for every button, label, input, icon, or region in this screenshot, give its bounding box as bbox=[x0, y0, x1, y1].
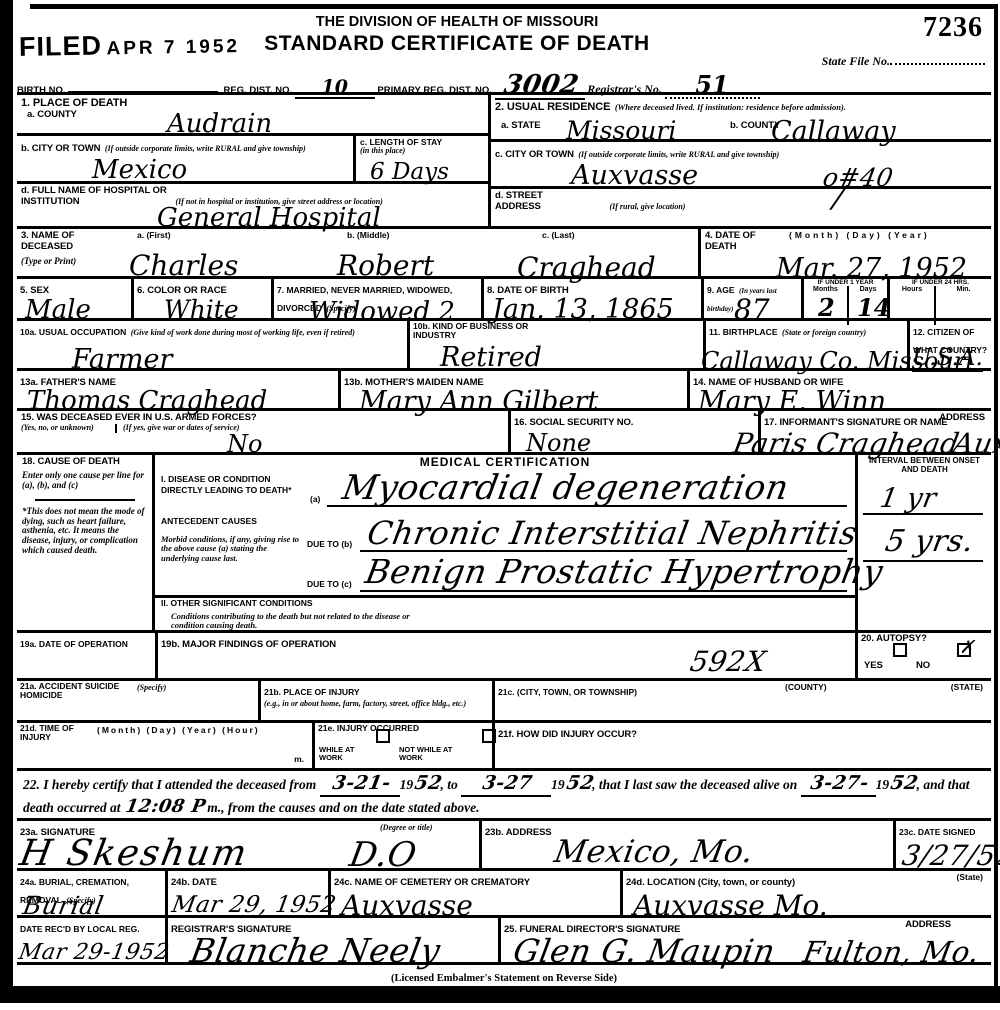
death-certificate: FILED APR 7 1952 THE DIVISION OF HEALTH … bbox=[17, 12, 991, 984]
cert-part3: , that I last saw the deceased alive on bbox=[592, 777, 797, 792]
row-service-informant: 15. WAS DECEASED EVER IN U.S. ARMED FORC… bbox=[17, 408, 991, 452]
time-of-injury-box: 21d. TIME OF INJURY (Month) (Day) (Year)… bbox=[17, 723, 312, 768]
injury-occurred-label: 21e. INJURY OCCURRED bbox=[318, 724, 489, 733]
age-under1yr-group: IF UNDER 1 YEAR Months 2 Days 14 bbox=[801, 279, 887, 318]
accident-box: 21a. ACCIDENT SUICIDE HOMICIDE (Specify) bbox=[17, 681, 258, 720]
registrar-signature-value: Blanche Neely bbox=[188, 934, 443, 967]
row-place-residence: 1. PLACE OF DEATH a. COUNTY Audrain b. C… bbox=[17, 92, 991, 226]
scan-edge-bottom bbox=[0, 986, 1000, 1003]
residence-state-label: a. STATE bbox=[501, 120, 541, 131]
citizen-box: 12. CITIZEN OF WHAT COUNTRY? U.S.A. bbox=[907, 321, 991, 368]
date-signed-label: 23c. DATE SIGNED bbox=[899, 827, 975, 837]
place-county-value: Audrain bbox=[167, 111, 272, 137]
row-parents: 13a. FATHER'S NAME Thomas Craghead 13b. … bbox=[17, 368, 991, 408]
race-box: 6. COLOR OR RACE White bbox=[131, 279, 271, 318]
street-address-mark: / bbox=[831, 183, 847, 213]
usual-residence-title: 2. USUAL RESIDENCE bbox=[495, 101, 610, 113]
disposition-date-box: 24b. DATE Mar 29, 1952 bbox=[165, 871, 328, 915]
accident-label: 21a. ACCIDENT SUICIDE HOMICIDE bbox=[20, 682, 130, 701]
filed-stamp: FILED APR 7 1952 bbox=[19, 28, 240, 63]
operation-findings-label: 19b. MAJOR FINDINGS OF OPERATION bbox=[161, 639, 336, 650]
place-of-injury-label: 21b. PLACE OF INJURY bbox=[264, 687, 360, 697]
row-registration: DATE REC'D BY LOCAL REG. Mar 29-1952 REG… bbox=[17, 915, 991, 962]
issuing-agency: THE DIVISION OF HEALTH OF MISSOURI bbox=[237, 14, 677, 30]
name-label: 3. NAME OF DECEASED bbox=[21, 231, 116, 253]
row-name-dod: 3. NAME OF DECEASED (Type or Print) a. (… bbox=[17, 226, 991, 276]
name-of-deceased-box: 3. NAME OF DECEASED (Type or Print) a. (… bbox=[17, 229, 698, 276]
cause-note-1: Enter only one cause per line for (a), (… bbox=[22, 471, 147, 491]
autopsy-no-label: NO bbox=[916, 661, 930, 672]
cert-part2: , to bbox=[441, 777, 458, 792]
how-injury-box: 21f. HOW DID INJURY OCCUR? bbox=[492, 723, 991, 768]
time-of-injury-label: 21d. TIME OF INJURY bbox=[20, 724, 80, 743]
row-injury-1: 21a. ACCIDENT SUICIDE HOMICIDE (Specify)… bbox=[17, 678, 991, 720]
spouse-box: 14. NAME OF HUSBAND OR WIFE Mary E. Winn bbox=[687, 371, 991, 408]
occupation-label: 10a. USUAL OCCUPATION bbox=[20, 327, 126, 337]
injury-county-label: (COUNTY) bbox=[785, 683, 827, 692]
age-months-value: 2 bbox=[818, 296, 835, 320]
age-label: 9. AGE bbox=[707, 285, 735, 295]
residence-city-value: Auxvasse bbox=[571, 162, 698, 189]
residence-state-county-box: 2. USUAL RESIDENCE (Where deceased lived… bbox=[491, 95, 991, 139]
registrar-signature-box: REGISTRAR'S SIGNATURE Blanche Neely bbox=[165, 918, 498, 962]
father-box: 13a. FATHER'S NAME Thomas Craghead bbox=[17, 371, 338, 408]
autopsy-no-checkbox: ✗ bbox=[957, 643, 971, 657]
street-address-box: d. STREET ADDRESS (If rural, give locati… bbox=[491, 186, 991, 229]
antecedent-causes-note: Morbid conditions, if any, giving rise t… bbox=[161, 535, 306, 563]
hospital-box: d. FULL NAME OF HOSPITAL OR INSTITUTION … bbox=[17, 181, 488, 226]
cert-from-value: 3-21- bbox=[331, 774, 392, 793]
autopsy-yes-label: YES bbox=[864, 661, 883, 672]
state-file-no-text: State File No. bbox=[822, 54, 890, 68]
ssn-label: 16. SOCIAL SECURITY NO. bbox=[514, 417, 633, 428]
street-address-label: d. STREET ADDRESS bbox=[495, 191, 565, 213]
cert-alive-value: 3-27- bbox=[809, 774, 870, 793]
armed-forces-label: 15. WAS DECEASED EVER IN U.S. ARMED FORC… bbox=[17, 411, 508, 424]
date-signed-value: 3/27/52 bbox=[900, 842, 1000, 870]
place-city-note: (If outside corporate limits, write RURA… bbox=[105, 144, 306, 153]
section-usual-residence: 2. USUAL RESIDENCE (Where deceased lived… bbox=[488, 95, 991, 226]
funeral-director-box: 25. FUNERAL DIRECTOR'S SIGNATURE ADDRESS… bbox=[498, 918, 991, 962]
physician-signature-note: (Degree or title) bbox=[380, 824, 432, 833]
place-city-label: b. CITY OR TOWN bbox=[21, 143, 100, 154]
informant-address-label: ADDRESS bbox=[939, 413, 985, 424]
marital-box: 7. MARRIED, NEVER MARRIED, WIDOWED, DIVO… bbox=[271, 279, 481, 318]
cert-to-value: 3-27 bbox=[481, 774, 534, 793]
age-under24-group: IF UNDER 24 HRS. Hours Min. bbox=[887, 279, 991, 318]
place-of-injury-box: 21b. PLACE OF INJURY (e.g., in or about … bbox=[258, 681, 492, 720]
birthplace-label: 11. BIRTHPLACE bbox=[709, 327, 778, 337]
medical-certification-area: MEDICAL CERTIFICATION I. DISEASE OR COND… bbox=[152, 455, 855, 630]
last-name-label: c. (Last) bbox=[542, 231, 575, 240]
cert-time-value: 12:08 P bbox=[124, 798, 207, 816]
cert-part5: m., from the causes and on the date stat… bbox=[207, 800, 479, 815]
date-of-death-label: 4. DATE OF DEATH bbox=[705, 231, 760, 253]
street-address-note: (If rural, give location) bbox=[609, 202, 685, 211]
disposition-location-state-label: (State) bbox=[957, 873, 983, 882]
ssn-box: 16. SOCIAL SECURITY NO. None bbox=[508, 411, 758, 452]
armed-forces-box: 15. WAS DECEASED EVER IN U.S. ARMED FORC… bbox=[17, 411, 508, 452]
certificate-header: FILED APR 7 1952 THE DIVISION OF HEALTH … bbox=[17, 12, 991, 92]
armed-forces-note1: (Yes, no, or unknown) bbox=[17, 424, 117, 433]
registration-line: BIRTH NO. REG. DIST. NO. 10 PRIMARY REG.… bbox=[17, 72, 991, 92]
operation-date-label: 19a. DATE OF OPERATION bbox=[20, 639, 128, 649]
age-days-label: Days bbox=[860, 286, 877, 293]
place-city-stay-row: b. CITY OR TOWN (If outside corporate li… bbox=[17, 133, 488, 181]
time-of-injury-cols: (Month) (Day) (Year) (Hour) bbox=[97, 726, 260, 735]
usual-residence-note: (Where deceased lived. If institution: r… bbox=[615, 102, 846, 112]
place-of-death-title: 1. PLACE OF DEATH bbox=[21, 97, 484, 110]
occupation-note: (Give kind of work done during most of w… bbox=[131, 328, 355, 337]
cert-19b: 19 bbox=[551, 777, 565, 792]
age-under1yr-header: IF UNDER 1 YEAR bbox=[804, 279, 887, 286]
place-city-box: b. CITY OR TOWN (If outside corporate li… bbox=[17, 136, 353, 181]
other-conditions-title: II. OTHER SIGNIFICANT CONDITIONS bbox=[161, 599, 313, 608]
funeral-director-address-value: Fulton, Mo. bbox=[801, 938, 982, 967]
cause-of-death-sidebar: 18. CAUSE OF DEATH Enter only one cause … bbox=[17, 455, 152, 630]
residence-city-note: (If outside corporate limits, write RURA… bbox=[578, 150, 779, 159]
date-of-death-box: 4. DATE OF DEATH (Month) (Day) (Year) Ma… bbox=[698, 229, 991, 276]
while-at-work-checkbox bbox=[376, 729, 390, 743]
time-of-injury-m: m. bbox=[294, 755, 304, 764]
funeral-director-value: Glen G. Maupin bbox=[511, 935, 778, 967]
length-of-stay-note: (in this place) bbox=[360, 147, 484, 156]
row-certification: 22. I hereby certify that I attended the… bbox=[17, 768, 991, 818]
place-city-value: Mexico bbox=[92, 157, 187, 183]
interval-a-line bbox=[863, 513, 983, 515]
injury-occurred-box: 21e. INJURY OCCURRED WHILE AT WORK NOT W… bbox=[312, 723, 492, 768]
cemetery-label: 24c. NAME OF CEMETERY OR CREMATORY bbox=[334, 877, 530, 888]
cert-part1: 22. I hereby certify that I attended the… bbox=[23, 777, 316, 792]
age-months-label: Months bbox=[813, 286, 838, 293]
residence-city-label: c. CITY OR TOWN bbox=[495, 149, 574, 160]
operation-date-box: 19a. DATE OF OPERATION bbox=[17, 633, 155, 678]
cause-c-value: Benign Prostatic Hypertrophy bbox=[363, 555, 886, 588]
disease-condition-label-2: DIRECTLY LEADING TO DEATH* bbox=[161, 486, 292, 495]
other-conditions-note: Conditions contributing to the death but… bbox=[171, 612, 411, 631]
injury-location-box: 21c. (CITY, TOWN, OR TOWNSHIP) (COUNTY) … bbox=[492, 681, 991, 720]
sidebar-divider bbox=[35, 499, 135, 501]
row-disposition: 24a. BURIAL, CREMATION, REMOVAL (Specify… bbox=[17, 868, 991, 915]
physician-address-value: Mexico, Mo. bbox=[552, 837, 756, 868]
cemetery-box: 24c. NAME OF CEMETERY OR CREMATORY Auxva… bbox=[328, 871, 620, 915]
row-occupation: 10a. USUAL OCCUPATION (Give kind of work… bbox=[17, 318, 991, 368]
hospital-label: d. FULL NAME OF HOSPITAL OR INSTITUTION bbox=[21, 186, 171, 208]
certification-statement: 22. I hereby certify that I attended the… bbox=[23, 774, 985, 820]
autopsy-yes-checkbox bbox=[893, 643, 907, 657]
date-received-label: DATE REC'D BY LOCAL REG. bbox=[20, 924, 140, 934]
cause-of-death-label: 18. CAUSE OF DEATH bbox=[22, 457, 147, 468]
accident-note: (Specify) bbox=[137, 684, 166, 693]
disposition-type-box: 24a. BURIAL, CREMATION, REMOVAL (Specify… bbox=[17, 871, 165, 915]
interval-column: INTERVAL BETWEEN ONSET AND DEATH 1 yr 5 … bbox=[855, 455, 991, 630]
date-received-value: Mar 29-1952 bbox=[17, 942, 171, 964]
date-of-death-cols: (Month) (Day) (Year) bbox=[789, 231, 930, 240]
injury-city-label: 21c. (CITY, TOWN, OR TOWNSHIP) bbox=[498, 687, 637, 697]
antecedent-causes-title: ANTECEDENT CAUSES bbox=[161, 517, 257, 526]
cause-b-label: DUE TO (b) bbox=[307, 540, 352, 549]
while-at-work-label: WHILE AT WORK bbox=[319, 746, 369, 763]
state-file-number: 7236 bbox=[923, 12, 983, 44]
physician-degree: D.O bbox=[347, 838, 419, 872]
row-cause-of-death: 18. CAUSE OF DEATH Enter only one cause … bbox=[17, 452, 991, 630]
how-injury-label: 21f. HOW DID INJURY OCCUR? bbox=[498, 729, 637, 740]
operation-findings-value: 592X bbox=[688, 648, 768, 676]
place-county-box: 1. PLACE OF DEATH a. COUNTY Audrain bbox=[17, 95, 488, 133]
scan-edge-top bbox=[30, 4, 998, 9]
disposition-date-label: 24b. DATE bbox=[171, 877, 217, 888]
operation-findings-box: 19b. MAJOR FINDINGS OF OPERATION 592X bbox=[155, 633, 855, 678]
age-years-box: 9. AGE (In years last birthday) 87 bbox=[701, 279, 801, 318]
funeral-director-address-label: ADDRESS bbox=[905, 920, 951, 931]
armed-forces-note2: (If yes, give war or dates of service) bbox=[117, 424, 508, 433]
disposition-location-label: 24d. LOCATION (City, town, or county) bbox=[626, 877, 795, 888]
cert-year1: 52 bbox=[413, 774, 444, 793]
cert-year2: 52 bbox=[565, 774, 596, 793]
cause-b-value: Chronic Interstitial Nephritis bbox=[365, 517, 860, 549]
row-injury-2: 21d. TIME OF INJURY (Month) (Day) (Year)… bbox=[17, 720, 991, 768]
injury-state-label: (STATE) bbox=[951, 683, 983, 692]
row-operation: 19a. DATE OF OPERATION 19b. MAJOR FINDIN… bbox=[17, 630, 991, 678]
age-days-value: 14 bbox=[857, 296, 890, 320]
section-place-of-death: 1. PLACE OF DEATH a. COUNTY Audrain b. C… bbox=[17, 95, 488, 226]
sex-box: 5. SEX Male bbox=[17, 279, 131, 318]
age-under24-header: IF UNDER 24 HRS. bbox=[890, 279, 991, 286]
birthplace-box: 11. BIRTHPLACE (State or foreign country… bbox=[703, 321, 907, 368]
cause-a-value: Myocardial degeneration bbox=[340, 471, 791, 505]
disposition-location-box: 24d. LOCATION (City, town, or county) (S… bbox=[620, 871, 991, 915]
place-of-injury-note: (e.g., in or about home, farm, factory, … bbox=[264, 700, 489, 709]
industry-value: Retired bbox=[440, 344, 542, 371]
mother-box: 13b. MOTHER'S MAIDEN NAME Mary Ann Gilbe… bbox=[338, 371, 687, 408]
birthplace-note: (State or foreign country) bbox=[782, 328, 866, 337]
embalmer-statement-note: (Licensed Embalmer's Statement on Revers… bbox=[391, 973, 617, 984]
cert-19a: 19 bbox=[400, 777, 414, 792]
disease-condition-label-1: I. DISEASE OR CONDITION bbox=[161, 475, 271, 484]
physician-signature-box: 23a. SIGNATURE (Degree or title) H Skesh… bbox=[17, 821, 479, 868]
disposition-date-value: Mar 29, 1952 bbox=[170, 894, 338, 917]
physician-signature-value: H Skeshum bbox=[17, 836, 251, 872]
interval-label: INTERVAL BETWEEN ONSET AND DEATH bbox=[861, 457, 988, 475]
row-physician: 23a. SIGNATURE (Degree or title) H Skesh… bbox=[17, 818, 991, 868]
cause-c-label: DUE TO (c) bbox=[307, 580, 352, 589]
date-signed-box: 23c. DATE SIGNED 3/27/52 bbox=[893, 821, 991, 868]
interval-b-line bbox=[863, 560, 983, 562]
interval-b-value: 5 yrs. bbox=[883, 527, 976, 557]
industry-box: 10b. KIND OF BUSINESS OR INDUSTRY Retire… bbox=[407, 321, 703, 368]
cert-19c: 19 bbox=[876, 777, 890, 792]
date-of-birth-box: 8. DATE OF BIRTH Jan. 13, 1865 bbox=[481, 279, 701, 318]
autopsy-no-mark: ✗ bbox=[959, 637, 974, 658]
state-file-no-blank bbox=[890, 63, 985, 65]
residence-city-box: c. CITY OR TOWN (If outside corporate li… bbox=[491, 139, 991, 186]
not-at-work-label: NOT WHILE AT WORK bbox=[399, 746, 455, 763]
cause-a-label: (a) bbox=[310, 495, 320, 504]
length-of-stay-box: c. LENGTH OF STAY (in this place) 6 Days bbox=[353, 136, 488, 181]
first-name-label: a. (First) bbox=[137, 231, 171, 240]
physician-address-label: 23b. ADDRESS bbox=[485, 827, 552, 838]
date-received-box: DATE REC'D BY LOCAL REG. Mar 29-1952 bbox=[17, 918, 165, 962]
scan-edge-left bbox=[0, 0, 13, 1003]
filed-stamp-word: FILED bbox=[19, 30, 103, 61]
middle-name-label: b. (Middle) bbox=[347, 231, 390, 240]
row-demographics: 5. SEX Male 6. COLOR OR RACE White 7. MA… bbox=[17, 276, 991, 318]
physician-address-box: 23b. ADDRESS Mexico, Mo. bbox=[479, 821, 893, 868]
certificate-title: STANDARD CERTIFICATE OF DEATH bbox=[217, 32, 697, 56]
interval-a-value: 1 yr bbox=[878, 485, 939, 512]
autopsy-box: 20. AUTOPSY? YES NO ✗ bbox=[855, 633, 991, 678]
cert-year3: 52 bbox=[889, 774, 920, 793]
state-file-no-label: State File No. bbox=[822, 54, 985, 69]
cause-note-2: *This does not mean the mode of dying, s… bbox=[22, 507, 147, 556]
informant-box: 17. INFORMANT'S SIGNATURE OR NAME ADDRES… bbox=[758, 411, 991, 452]
industry-label: 10b. KIND OF BUSINESS OR INDUSTRY bbox=[413, 322, 573, 341]
occupation-box: 10a. USUAL OCCUPATION (Give kind of work… bbox=[17, 321, 407, 368]
name-label-note: (Type or Print) bbox=[21, 257, 76, 267]
